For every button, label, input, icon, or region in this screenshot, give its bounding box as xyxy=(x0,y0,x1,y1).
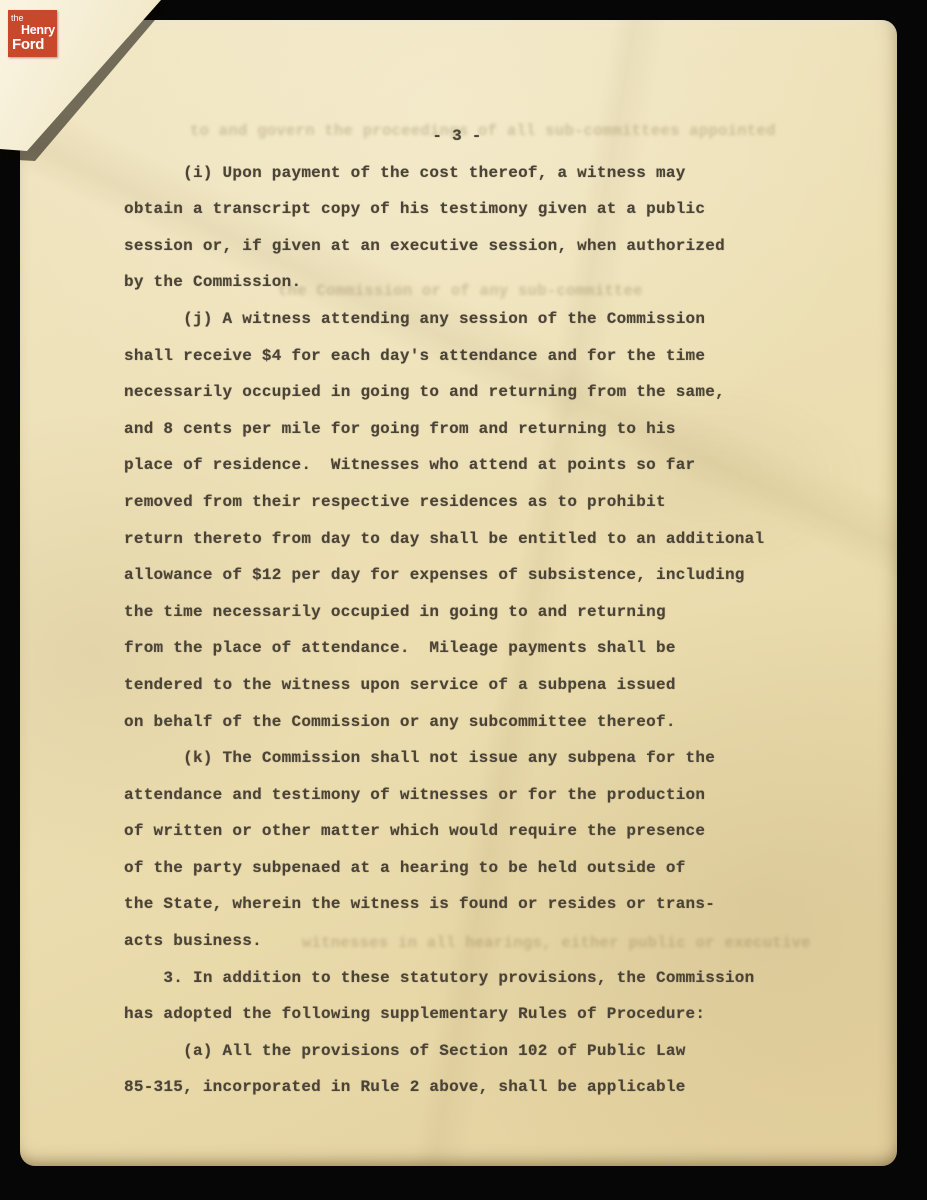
line-item-k-3: of written or other matter which would r… xyxy=(124,813,790,850)
line-item-k-6: acts business. xyxy=(124,923,790,960)
henry-ford-logo: the Henry Ford xyxy=(8,10,57,57)
line-item-k-4: of the party subpenaed at a hearing to b… xyxy=(124,850,790,887)
line-item-j-11: tendered to the witness upon service of … xyxy=(124,667,790,704)
line-item-j-8: allowance of $12 per day for expenses of… xyxy=(124,557,790,594)
line-item-j-2: shall receive $4 for each day's attendan… xyxy=(124,338,790,375)
line-item-j-7: return thereto from day to day shall be … xyxy=(124,521,790,558)
line-item-i-1: (i) Upon payment of the cost thereof, a … xyxy=(124,155,790,192)
line-item-j-6: removed from their respective residences… xyxy=(124,484,790,521)
logo-word-ford: Ford xyxy=(12,37,57,52)
line-rule-3-1: 3. In addition to these statutory provis… xyxy=(124,960,790,997)
line-item-j-5: place of residence. Witnesses who attend… xyxy=(124,447,790,484)
line-item-k-5: the State, wherein the witness is found … xyxy=(124,886,790,923)
line-item-k-2: attendance and testimony of witnesses or… xyxy=(124,777,790,814)
line-item-j-4: and 8 cents per mile for going from and … xyxy=(124,411,790,448)
line-item-a-2: 85-315, incorporated in Rule 2 above, sh… xyxy=(124,1069,790,1106)
line-item-a-1: (a) All the provisions of Section 102 of… xyxy=(124,1033,790,1070)
page-number: - 3 - xyxy=(124,118,790,155)
line-item-j-12: on behalf of the Commission or any subco… xyxy=(124,704,790,741)
line-item-k-1: (k) The Commission shall not issue any s… xyxy=(124,740,790,777)
line-item-i-3: session or, if given at an executive ses… xyxy=(124,228,790,265)
line-item-j-10: from the place of attendance. Mileage pa… xyxy=(124,630,790,667)
scan-background: { "branding": { "badge": { "word1": "the… xyxy=(0,0,927,1200)
line-rule-3-2: has adopted the following supplementary … xyxy=(124,996,790,1033)
document-page: to and govern the proceedings of all sub… xyxy=(20,20,897,1166)
logo-word-henry: Henry xyxy=(21,24,57,36)
logo-word-the: the xyxy=(11,14,57,23)
line-item-j-1: (j) A witness attending any session of t… xyxy=(124,301,790,338)
line-item-i-2: obtain a transcript copy of his testimon… xyxy=(124,191,790,228)
line-item-j-3: necessarily occupied in going to and ret… xyxy=(124,374,790,411)
line-item-i-4: by the Commission. xyxy=(124,264,790,301)
line-item-j-9: the time necessarily occupied in going t… xyxy=(124,594,790,631)
text-block: - 3 - (i) Upon payment of the cost there… xyxy=(124,118,790,1106)
